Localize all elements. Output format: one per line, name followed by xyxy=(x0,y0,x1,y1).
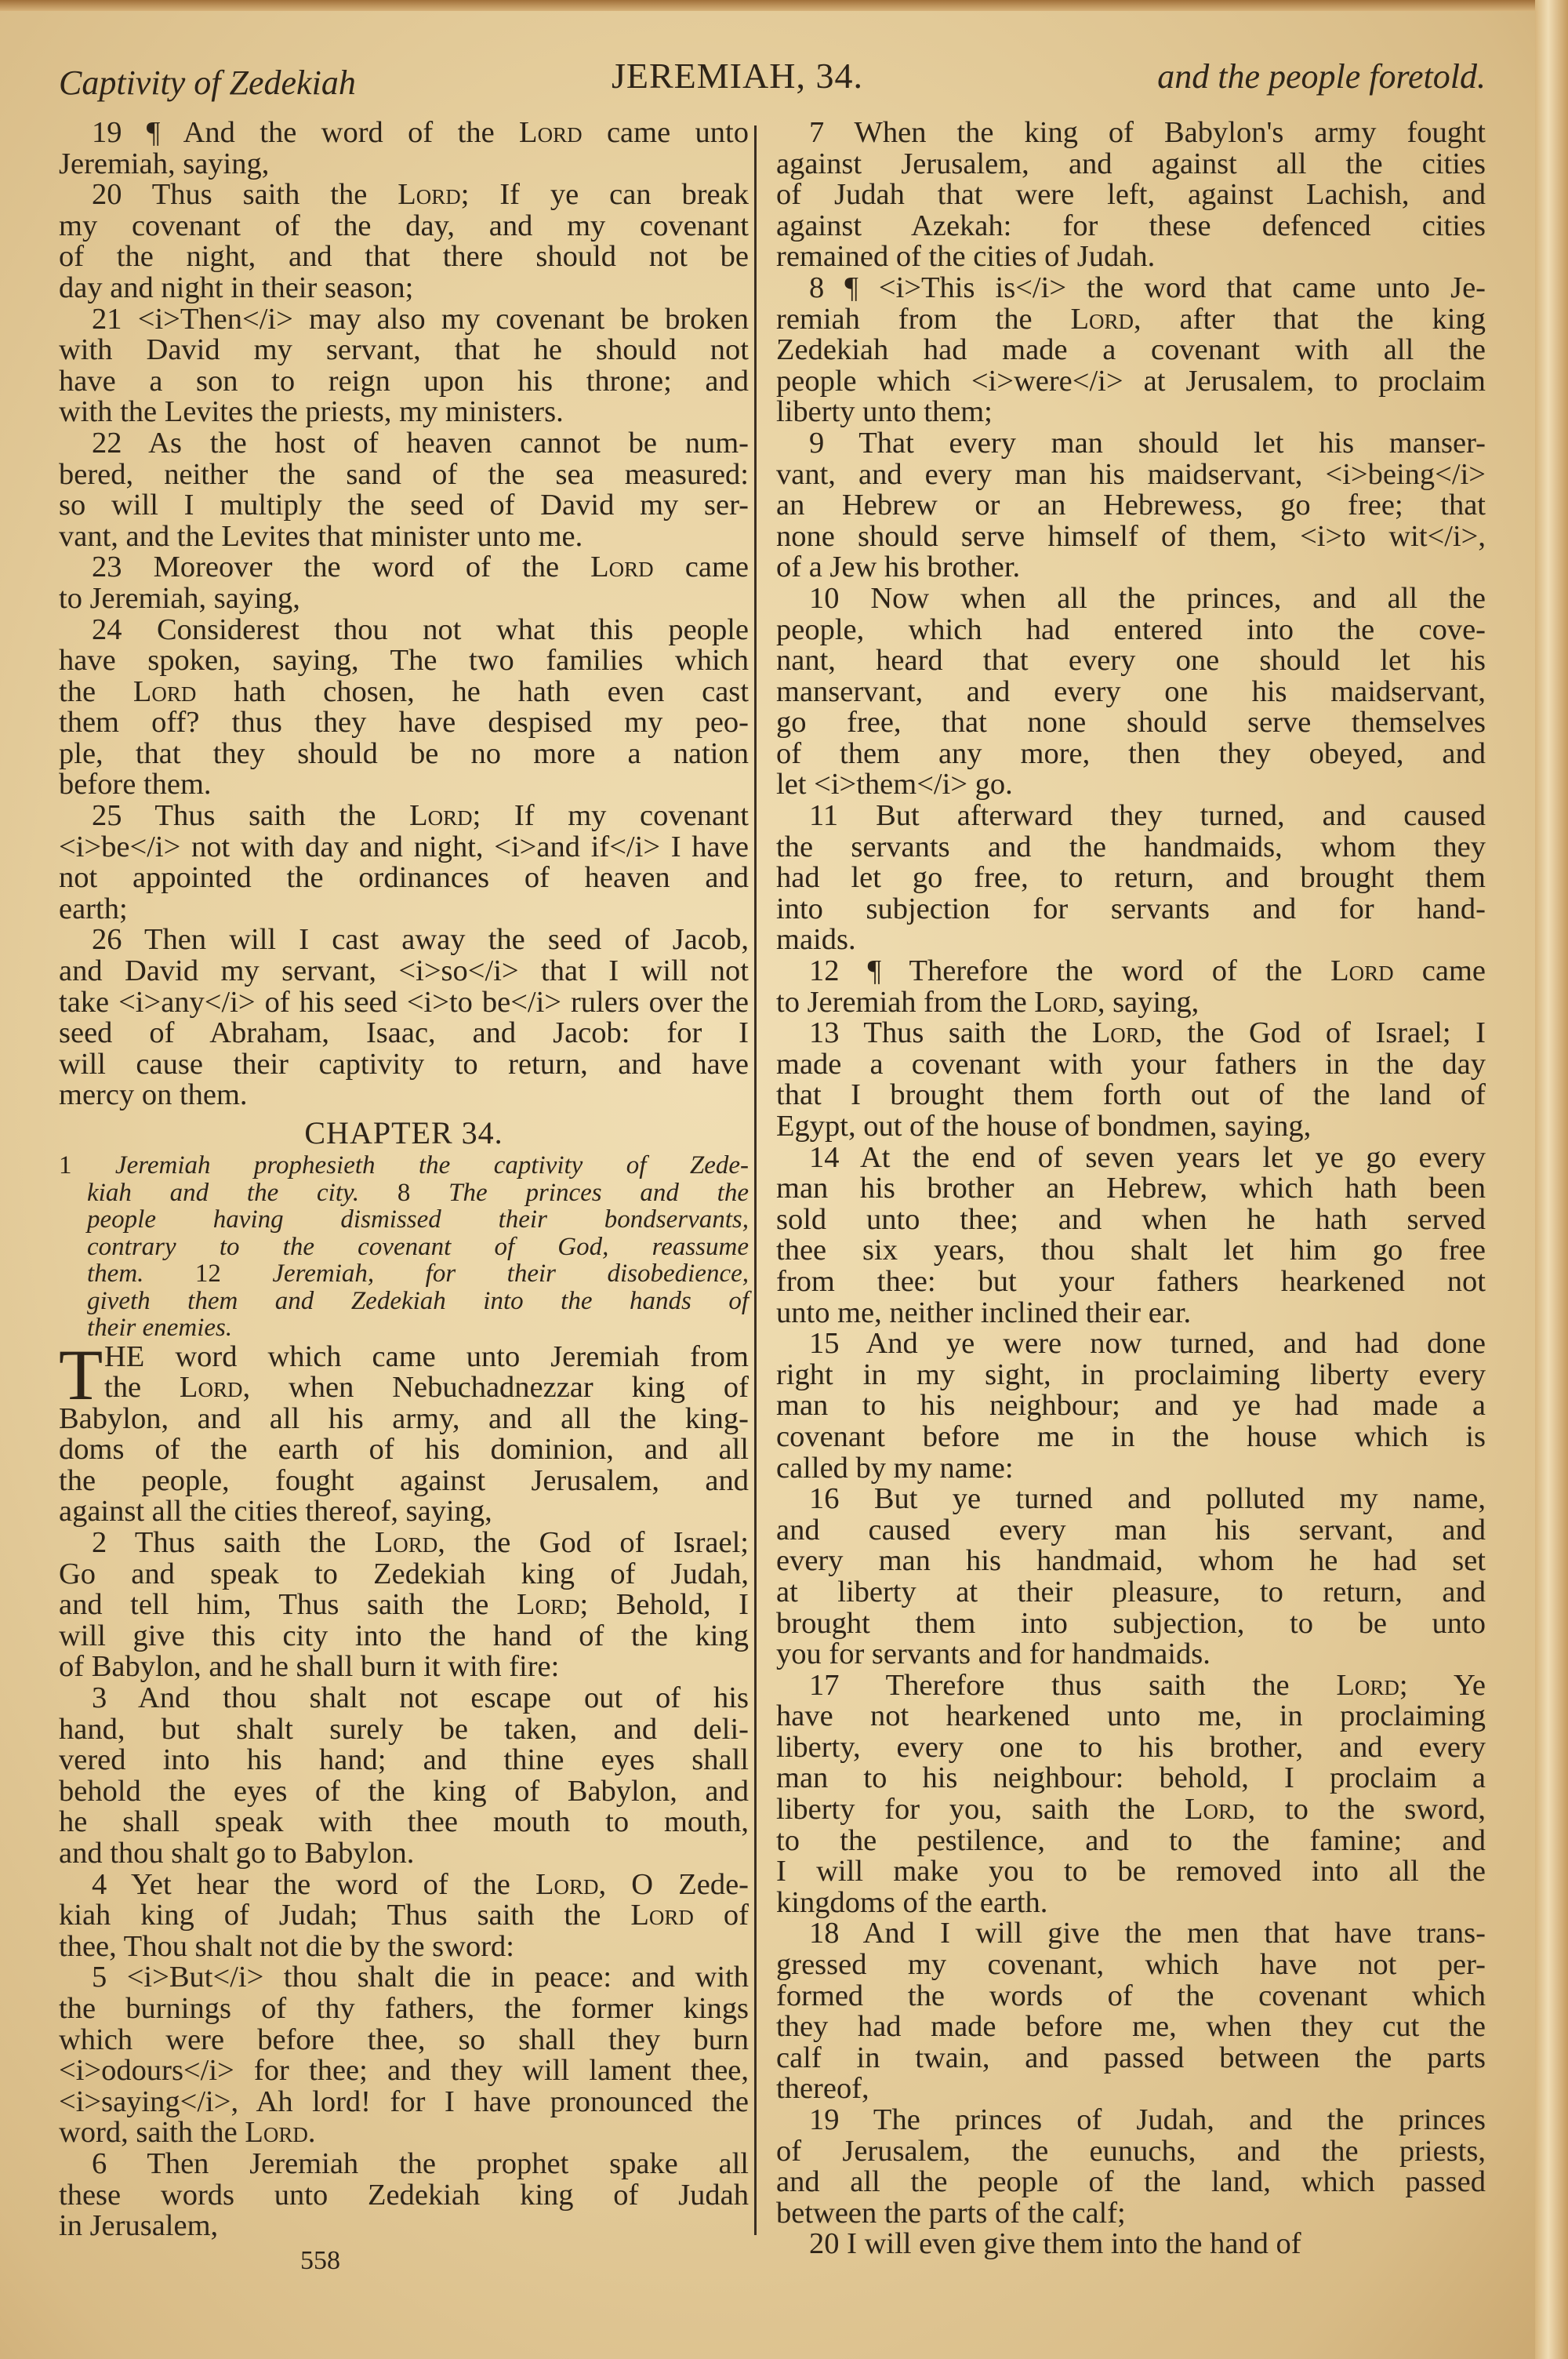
text-line: 21 <i>Then</i> may also my covenant be b… xyxy=(59,304,749,336)
summary-line: their enemies. xyxy=(59,1314,749,1342)
text-line: covenant before me in the house which is xyxy=(776,1422,1486,1453)
text-line: <i>odours</i> for thee; and they will la… xyxy=(59,2055,749,2087)
text-line: and caused every man his servant, and xyxy=(776,1515,1486,1547)
text-line: with David my servant, that he should no… xyxy=(59,335,749,366)
text-line: liberty unto them; xyxy=(776,397,1486,428)
text-line: sold unto thee; and when he hath served xyxy=(776,1205,1486,1236)
text-line: 5 <i>But</i> thou shalt die in peace: an… xyxy=(59,1962,749,1994)
text-line: which were before thee, so shall they bu… xyxy=(59,2025,749,2056)
running-header: Captivity of Zedekiah JEREMIAH, 34. and … xyxy=(59,47,1486,110)
text-line: thee six years, thou shalt let him go fr… xyxy=(776,1235,1486,1267)
chapter-34-verses: T HE word which came unto Jeremiah fromt… xyxy=(59,1342,749,2242)
text-line: mercy on them. xyxy=(59,1080,749,1111)
text-line: made a covenant with your fathers in the… xyxy=(776,1049,1486,1081)
text-line: have not hearkened unto me, in proclaimi… xyxy=(776,1701,1486,1732)
text-line: calf in twain, and passed between the pa… xyxy=(776,2043,1486,2074)
text-line: remained of the cities of Judah. xyxy=(776,242,1486,273)
text-line: the Lord hath chosen, he hath even cast xyxy=(59,677,749,708)
text-line: will cause their captivity to return, an… xyxy=(59,1049,749,1081)
text-line: 10 Now when all the princes, and all the xyxy=(776,583,1486,615)
header-book-chapter: JEREMIAH, 34. xyxy=(612,55,863,96)
text-line: man his brother an Hebrew, which hath be… xyxy=(776,1173,1486,1205)
text-line: my covenant of the day, and my covenant xyxy=(59,211,749,242)
text-line: thee, Thou shalt not die by the sword: xyxy=(59,1932,749,1963)
text-line: 14 At the end of seven years let ye go e… xyxy=(776,1143,1486,1174)
text-line: to Jeremiah, saying, xyxy=(59,583,749,615)
text-line: 15 And ye were now turned, and had done xyxy=(776,1329,1486,1360)
text-line: 12 ¶ Therefore the word of the Lord came xyxy=(776,956,1486,987)
text-line: against Jerusalem, and against all the c… xyxy=(776,149,1486,180)
text-line: the Lord, when Nebuchadnezzar king of xyxy=(59,1372,749,1404)
text-line: in Jerusalem, xyxy=(59,2211,749,2242)
text-line: 11 But afterward they turned, and caused xyxy=(776,801,1486,832)
text-line: an Hebrew or an Hebrewess, go free; that xyxy=(776,490,1486,522)
text-line: against Azekah: for these defenced citie… xyxy=(776,211,1486,242)
text-line: 3 And thou shalt not escape out of his xyxy=(59,1683,749,1714)
text-line: people which <i>were</i> at Jerusalem, t… xyxy=(776,366,1486,398)
text-line: none should serve himself of them, <i>to… xyxy=(776,522,1486,553)
text-line: let <i>them</i> go. xyxy=(776,769,1486,801)
text-line: bered, neither the sand of the sea measu… xyxy=(59,460,749,491)
column-divider xyxy=(754,125,757,2235)
text-line: <i>saying</i>, Ah lord! for I have prono… xyxy=(59,2087,749,2118)
text-line: hand, but shalt surely be taken, and del… xyxy=(59,1714,749,1746)
text-line: have spoken, saying, The two families wh… xyxy=(59,645,749,677)
right-column: 7 When the king of Babylon's army fought… xyxy=(776,118,1486,2260)
text-line: 7 When the king of Babylon's army fought xyxy=(776,118,1486,149)
summary-line: kiah and the city. 8 The princes and the xyxy=(59,1179,749,1207)
text-line: of the night, and that there should not … xyxy=(59,242,749,273)
text-line: liberty for you, saith the Lord, to the … xyxy=(776,1794,1486,1826)
text-line: not appointed the ordinances of heaven a… xyxy=(59,863,749,894)
text-line: the servants and the handmaids, whom the… xyxy=(776,832,1486,863)
text-line: between the parts of the calf; xyxy=(776,2198,1486,2230)
text-line: against all the cities thereof, saying, xyxy=(59,1496,749,1528)
text-line: will give this city into the hand of the… xyxy=(59,1621,749,1652)
text-line: at liberty at their pleasure, to return,… xyxy=(776,1577,1486,1608)
text-line: with the Levites the priests, my ministe… xyxy=(59,397,749,428)
text-line: they had made before me, when they cut t… xyxy=(776,2012,1486,2043)
drop-cap-letter: T xyxy=(59,1343,103,1406)
text-line: so will I multiply the seed of David my … xyxy=(59,490,749,522)
summary-line: people having dismissed their bondservan… xyxy=(59,1206,749,1234)
text-line: Zedekiah had made a covenant with all th… xyxy=(776,335,1486,366)
text-line: Babylon, and all his army, and all the k… xyxy=(59,1404,749,1435)
text-line: to the pestilence, and to the famine; an… xyxy=(776,1826,1486,1857)
page-right-edge xyxy=(1535,0,1568,2359)
text-line: take <i>any</i> of his seed <i>to be</i>… xyxy=(59,987,749,1019)
summary-line: 1 Jeremiah prophesieth the captivity of … xyxy=(59,1152,749,1179)
text-line: vant, and every man his maidservant, <i>… xyxy=(776,460,1486,491)
text-line: before them. xyxy=(59,769,749,801)
text-line: called by my name: xyxy=(776,1453,1486,1485)
text-line: man to his neighbour; and ye had made a xyxy=(776,1390,1486,1422)
page-top-edge xyxy=(0,0,1568,11)
text-line: 9 That every man should let his manser- xyxy=(776,428,1486,460)
text-line: Egypt, out of the house of bondmen, sayi… xyxy=(776,1111,1486,1143)
text-line: kiah king of Judah; Thus saith the Lord … xyxy=(59,1900,749,1932)
text-line: right in my sight, in proclaiming libert… xyxy=(776,1360,1486,1391)
text-line: formed the words of the covenant which xyxy=(776,1981,1486,2012)
text-line: <i>be</i> not with day and night, <i>and… xyxy=(59,832,749,863)
text-line: ple, that they should be no more a natio… xyxy=(59,739,749,770)
text-line: 20 I will even give them into the hand o… xyxy=(776,2229,1486,2260)
text-line: maids. xyxy=(776,925,1486,956)
text-line: 13 Thus saith the Lord, the God of Israe… xyxy=(776,1018,1486,1049)
text-line: and all the people of the land, which pa… xyxy=(776,2167,1486,2198)
text-line: he shall speak with thee mouth to mouth, xyxy=(59,1807,749,1838)
text-line: of a Jew his brother. xyxy=(776,552,1486,583)
text-line: nant, heard that every one should let hi… xyxy=(776,645,1486,677)
text-line: 16 But ye turned and polluted my name, xyxy=(776,1484,1486,1515)
text-line: of Judah that were left, against Lachish… xyxy=(776,180,1486,211)
text-line: brought them into subjection, to be unto xyxy=(776,1608,1486,1640)
summary-line: contrary to the covenant of God, reassum… xyxy=(59,1234,749,1261)
text-line: gressed my covenant, which have not per- xyxy=(776,1950,1486,1981)
text-line: 2 Thus saith the Lord, the God of Israel… xyxy=(59,1528,749,1559)
text-line: 8 ¶ <i>This is</i> the word that came un… xyxy=(776,273,1486,304)
text-line: vant, and the Levites that minister unto… xyxy=(59,522,749,553)
chapter-heading: CHAPTER 34. xyxy=(59,1114,749,1152)
text-line: 19 ¶ And the word of the Lord came unto xyxy=(59,118,749,149)
text-line: go free, that none should serve themselv… xyxy=(776,707,1486,739)
text-line: 18 And I will give the men that have tra… xyxy=(776,1918,1486,1950)
text-line: and David my servant, <i>so</i> that I w… xyxy=(59,956,749,987)
text-line: 20 Thus saith the Lord; If ye can break xyxy=(59,180,749,211)
text-line: 17 Therefore thus saith the Lord; Ye xyxy=(776,1670,1486,1702)
text-line: of them any more, then they obeyed, and xyxy=(776,739,1486,770)
text-line: from thee: but your fathers hearkened no… xyxy=(776,1267,1486,1298)
text-line: and tell him, Thus saith the Lord; Behol… xyxy=(59,1590,749,1621)
text-line: Go and speak to Zedekiah king of Judah, xyxy=(59,1559,749,1590)
text-line: and thou shalt go to Babylon. xyxy=(59,1838,749,1870)
text-line: 4 Yet hear the word of the Lord, O Zede- xyxy=(59,1870,749,1901)
text-line: 25 Thus saith the Lord; If my covenant xyxy=(59,801,749,832)
text-line: unto me, neither inclined their ear. xyxy=(776,1298,1486,1329)
chapter-summary: 1 Jeremiah prophesieth the captivity of … xyxy=(59,1152,749,1342)
text-line: them off? thus they have despised my peo… xyxy=(59,707,749,739)
text-line: doms of the earth of his dominion, and a… xyxy=(59,1434,749,1466)
text-line: thereof, xyxy=(776,2074,1486,2105)
text-line: the people, fought against Jerusalem, an… xyxy=(59,1466,749,1497)
page-number: 558 xyxy=(300,2246,340,2276)
text-line: I will make you to be removed into all t… xyxy=(776,1856,1486,1888)
text-line: have a son to reign upon his throne; and xyxy=(59,366,749,398)
text-line: word, saith the Lord. xyxy=(59,2117,749,2149)
summary-line: them. 12 Jeremiah, for their disobedienc… xyxy=(59,1260,749,1288)
text-line: Jeremiah, saying, xyxy=(59,149,749,180)
text-line: that I brought them forth out of the lan… xyxy=(776,1080,1486,1111)
text-line: you for servants and for handmaids. xyxy=(776,1639,1486,1670)
text-line: vered into his hand; and thine eyes shal… xyxy=(59,1745,749,1776)
text-line: to Jeremiah from the Lord, saying, xyxy=(776,987,1486,1019)
left-column: 19 ¶ And the word of the Lord came untoJ… xyxy=(59,118,749,2242)
text-line: seed of Abraham, Isaac, and Jacob: for I xyxy=(59,1018,749,1049)
text-line: liberty, every one to his brother, and e… xyxy=(776,1732,1486,1764)
text-line: 26 Then will I cast away the seed of Jac… xyxy=(59,925,749,956)
text-line: into subjection for servants and for han… xyxy=(776,894,1486,925)
text-line: had let go free, to return, and brought … xyxy=(776,863,1486,894)
text-line: every man his handmaid, whom he had set xyxy=(776,1546,1486,1577)
text-line: the burnings of thy fathers, the former … xyxy=(59,1994,749,2025)
text-line: manservant, and every one his maidservan… xyxy=(776,677,1486,708)
chapter-33-verses: 19 ¶ And the word of the Lord came untoJ… xyxy=(59,118,749,1111)
text-line: HE word which came unto Jeremiah from xyxy=(59,1342,749,1373)
text-line: 23 Moreover the word of the Lord came xyxy=(59,552,749,583)
text-line: these words unto Zedekiah king of Judah xyxy=(59,2180,749,2212)
right-column-verses: 7 When the king of Babylon's army fought… xyxy=(776,118,1486,2260)
text-line: 22 As the host of heaven cannot be num- xyxy=(59,428,749,460)
summary-line: giveth them and Zedekiah into the hands … xyxy=(59,1288,749,1315)
text-line: of Jerusalem, the eunuchs, and the pries… xyxy=(776,2136,1486,2168)
header-left-topic: Captivity of Zedekiah xyxy=(59,63,356,103)
text-line: 24 Considerest thou not what this people xyxy=(59,615,749,646)
text-line: earth; xyxy=(59,894,749,925)
bible-page: Captivity of Zedekiah JEREMIAH, 34. and … xyxy=(0,0,1568,2359)
text-line: remiah from the Lord, after that the kin… xyxy=(776,304,1486,336)
text-line: people, which had entered into the cove- xyxy=(776,615,1486,646)
text-line: 6 Then Jeremiah the prophet spake all xyxy=(59,2149,749,2180)
text-line: 19 The princes of Judah, and the princes xyxy=(776,2105,1486,2136)
text-line: of Babylon, and he shall burn it with fi… xyxy=(59,1652,749,1683)
text-line: man to his neighbour: behold, I proclaim… xyxy=(776,1763,1486,1794)
text-line: kingdoms of the earth. xyxy=(776,1888,1486,1919)
text-line: behold the eyes of the king of Babylon, … xyxy=(59,1776,749,1808)
header-right-topic: and the people foretold. xyxy=(1157,56,1486,96)
text-line: day and night in their season; xyxy=(59,273,749,304)
